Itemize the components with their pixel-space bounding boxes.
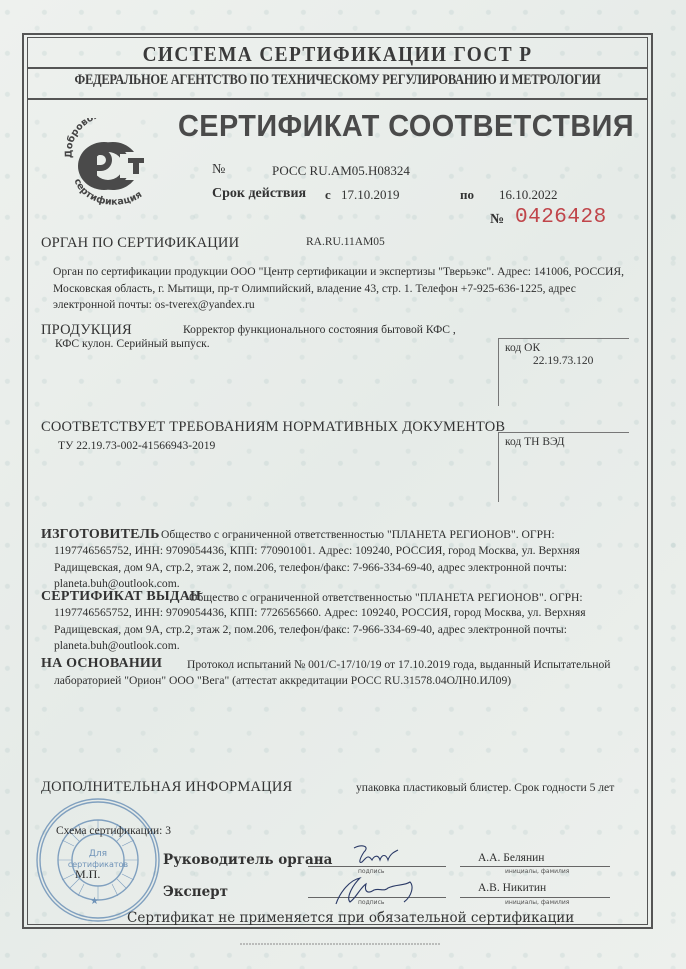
manufacturer-heading: ИЗГОТОВИТЕЛЬ bbox=[41, 527, 160, 543]
issued-to-heading: СЕРТИФИКАТ ВЫДАН bbox=[41, 589, 201, 605]
form-number: 0426428 bbox=[515, 206, 607, 229]
certification-scheme: Схема сертификации: 3 bbox=[56, 823, 171, 840]
manufacturer-name: Общество с ограниченной ответственностью… bbox=[161, 527, 555, 544]
name-caption: инициалы, фамилия bbox=[505, 868, 569, 875]
certification-body-heading: ОРГАН ПО СЕРТИФИКАЦИИ bbox=[41, 235, 239, 252]
basis-line1: Протокол испытаний № 001/С-17/10/19 от 1… bbox=[187, 657, 611, 674]
additional-info-heading: ДОПОЛНИТЕЛЬНАЯ ИНФОРМАЦИЯ bbox=[41, 779, 292, 796]
basis-heading: НА ОСНОВАНИИ bbox=[41, 656, 162, 672]
valid-from-date: 17.10.2019 bbox=[341, 187, 400, 203]
additional-info-text: упаковка пластиковый блистер. Срок годно… bbox=[356, 780, 614, 797]
header-separator bbox=[27, 67, 648, 69]
product-description-line1: Корректор функционального состояния быто… bbox=[183, 322, 456, 339]
normative-document: ТУ 22.19.73-002-41566943-2019 bbox=[58, 438, 215, 455]
valid-from-label: с bbox=[325, 187, 331, 203]
certification-body-code: RA.RU.11АМ05 bbox=[306, 236, 385, 248]
issued-to-details: 1197746565752, ИНН: 9709054436, КПП: 772… bbox=[54, 605, 644, 655]
number-label: № bbox=[212, 162, 225, 178]
product-description-line2: КФС кулон. Серийный выпуск. bbox=[55, 336, 210, 353]
rst-logo-icon: Добровольная сертификация bbox=[62, 118, 160, 206]
manufacturer-details: 1197746565752, ИНН: 9709054436, КПП: 770… bbox=[54, 543, 644, 593]
agency-name: ФЕДЕРАЛЬНОЕ АГЕНТСТВО ПО ТЕХНИЧЕСКОМУ РЕ… bbox=[70, 72, 604, 89]
tn-ved-code-label: код ТН ВЭД bbox=[505, 436, 565, 448]
voluntary-certification-note: Сертификат не применяется при обязательн… bbox=[127, 910, 574, 926]
certificate-title: СЕРТИФИКАТ СООТВЕТСТВИЯ bbox=[178, 108, 634, 144]
ok-code-label: код ОК bbox=[505, 342, 540, 354]
name-line bbox=[460, 897, 610, 898]
valid-to-date: 16.10.2022 bbox=[499, 187, 558, 203]
valid-to-label: по bbox=[460, 187, 474, 203]
header-separator bbox=[27, 98, 648, 100]
basis-line2: лабораторией "Орион" ООО "Вега" (аттеста… bbox=[54, 673, 511, 690]
validity-label: Срок действия bbox=[212, 186, 306, 202]
ok-code-value: 22.19.73.120 bbox=[533, 355, 593, 367]
head-of-body-name: А.А. Белянин bbox=[478, 850, 544, 867]
head-of-body-label: Руководитель органа bbox=[163, 852, 332, 868]
certificate-number: РОСС RU.АМ05.Н08324 bbox=[272, 163, 410, 179]
system-title: СИСТЕМА СЕРТИФИКАЦИИ ГОСТ Р bbox=[52, 42, 623, 67]
expert-name: А.В. Никитин bbox=[478, 880, 546, 897]
stamp-place-label: М.П. bbox=[75, 866, 100, 883]
conformity-heading: СООТВЕТСТВУЕТ ТРЕБОВАНИЯМ НОРМАТИВНЫХ ДО… bbox=[41, 419, 505, 436]
expert-label: Эксперт bbox=[163, 884, 228, 900]
certification-body-details: Орган по сертификации продукции ООО "Цен… bbox=[53, 264, 643, 314]
svg-text:Для: Для bbox=[89, 849, 107, 859]
printer-imprint bbox=[240, 943, 440, 945]
official-seal-stamp: Для сертификатов ★ bbox=[34, 796, 162, 924]
svg-text:★: ★ bbox=[90, 896, 99, 907]
signature-belyanin-icon bbox=[350, 842, 400, 868]
tn-ved-code-box: код ТН ВЭД bbox=[498, 432, 629, 502]
signature-caption: подпись bbox=[358, 899, 384, 906]
name-caption: инициалы, фамилия bbox=[505, 899, 569, 906]
form-number-label: № bbox=[490, 212, 504, 228]
ok-code-box: код ОК 22.19.73.120 bbox=[498, 338, 629, 406]
